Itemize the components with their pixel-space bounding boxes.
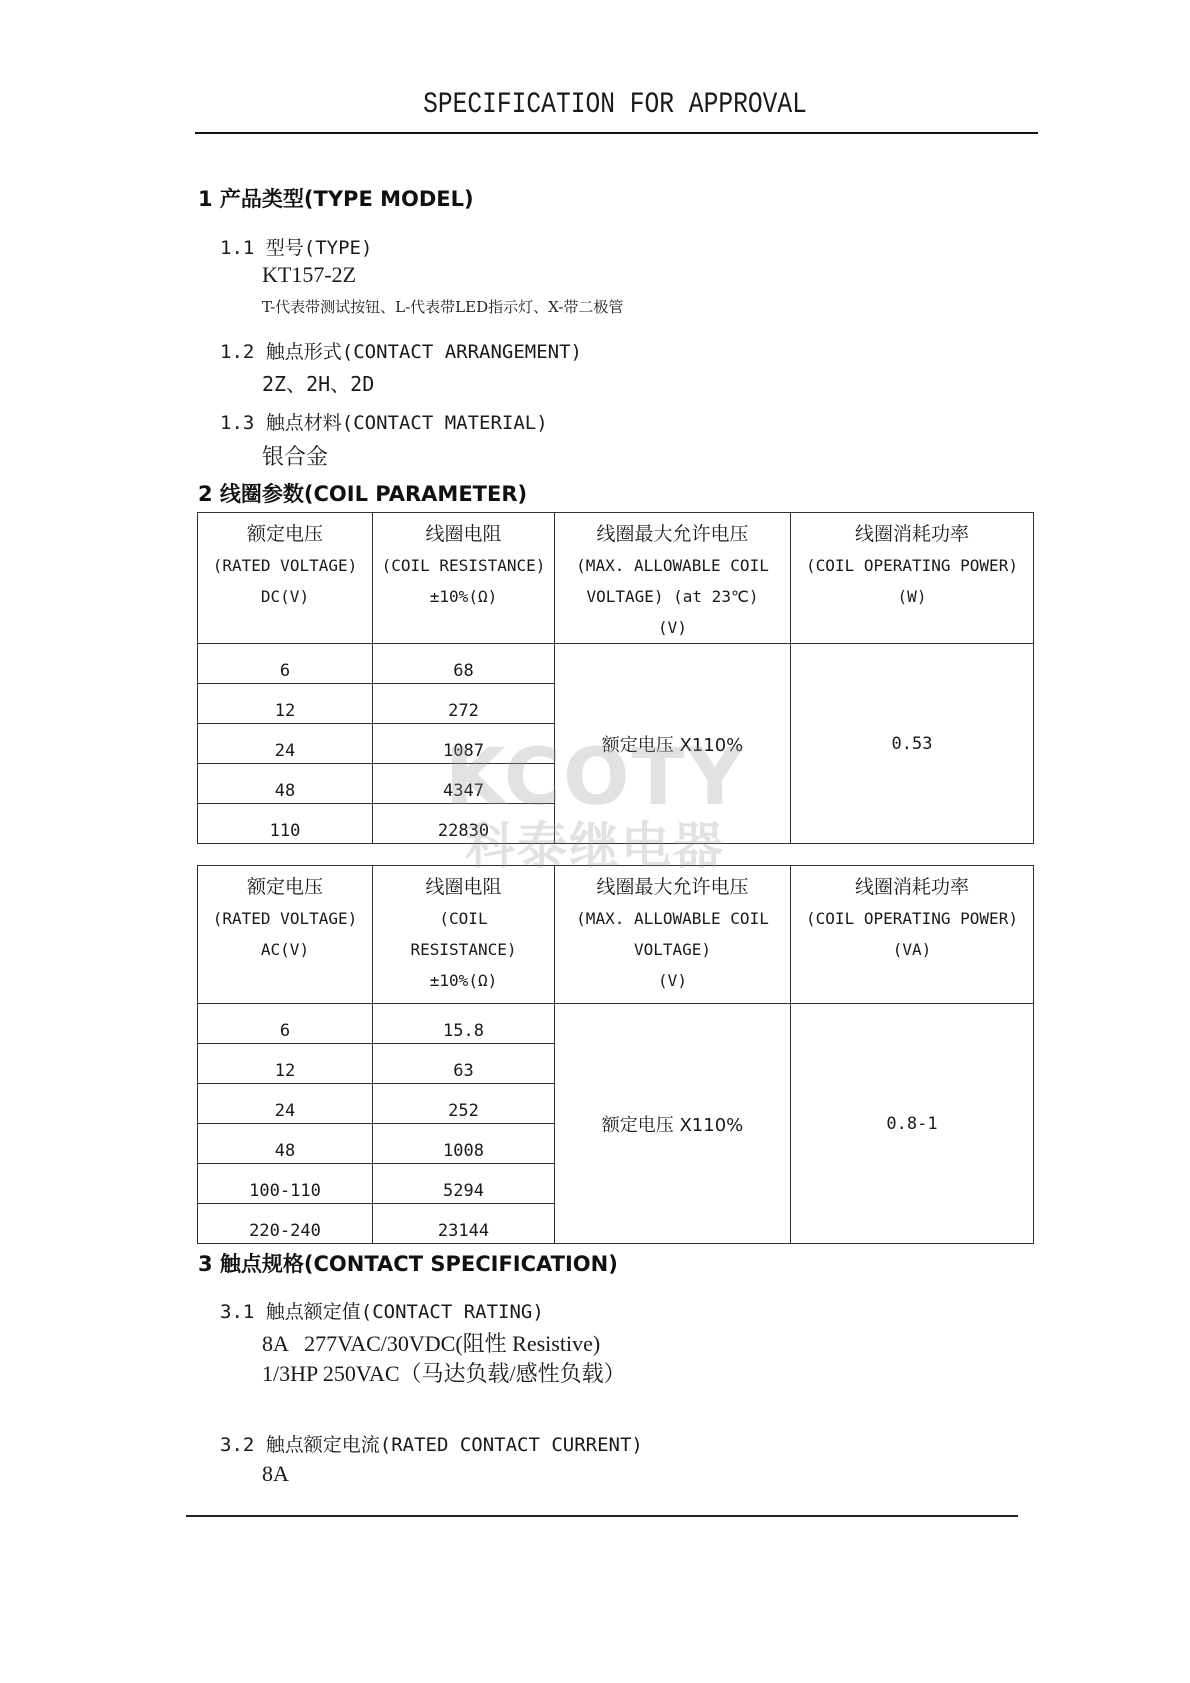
dc-resistance-cell: 22830 (373, 804, 555, 844)
ac-coil-table: 额定电压 (RATED VOLTAGE) AC(V) 线圈电阻 (COIL RE… (197, 865, 1034, 1244)
ac-voltage-cell: 100-110 (198, 1164, 373, 1204)
contact-arrangement-value: 2Z、2H、2D (262, 368, 374, 397)
section-1-3-heading: 1.3 触点材料(CONTACT MATERIAL) (220, 408, 548, 435)
header-rule (195, 132, 1038, 134)
dc-voltage-cell: 24 (198, 724, 373, 764)
ac-header-power: 线圈消耗功率 (COIL OPERATING POWER) (VA) (791, 866, 1034, 1004)
type-model-value: KT157-2Z (262, 262, 356, 288)
dc-voltage-cell: 6 (198, 644, 373, 684)
ac-resistance-cell: 252 (373, 1084, 555, 1124)
section-1-heading: 1 产品类型(TYPE MODEL) (198, 183, 474, 213)
ac-header-row: 额定电压 (RATED VOLTAGE) AC(V) 线圈电阻 (COIL RE… (198, 866, 1034, 1004)
table-row: 6 68 额定电压 X110% 0.53 (198, 644, 1034, 684)
contact-rating-motor: 1/3HP 250VAC（马达负载/感性负载） (262, 1357, 626, 1388)
ac-power-cell: 0.8-1 (791, 1004, 1034, 1244)
dc-header-rated-voltage: 额定电压 (RATED VOLTAGE) DC(V) (198, 513, 373, 644)
page-title: SPECIFICATION FOR APPROVAL (111, 88, 1120, 122)
dc-header-power: 线圈消耗功率 (COIL OPERATING POWER) (W) (791, 513, 1034, 644)
ac-max-voltage-cell: 额定电压 X110% (555, 1004, 791, 1244)
dc-resistance-cell: 68 (373, 644, 555, 684)
section-3-heading: 3 触点规格(CONTACT SPECIFICATION) (198, 1248, 618, 1278)
dc-header-coil-resistance: 线圈电阻 (COIL RESISTANCE) ±10%(Ω) (373, 513, 555, 644)
section-3-1-heading: 3.1 触点额定值(CONTACT RATING) (220, 1297, 544, 1324)
footer-rule (186, 1515, 1018, 1517)
table-row: 6 15.8 额定电压 X110% 0.8-1 (198, 1004, 1034, 1044)
section-1-2-heading: 1.2 触点形式(CONTACT ARRANGEMENT) (220, 337, 582, 364)
dc-header-row: 额定电压 (RATED VOLTAGE) DC(V) 线圈电阻 (COIL RE… (198, 513, 1034, 644)
dc-voltage-cell: 110 (198, 804, 373, 844)
ac-voltage-cell: 48 (198, 1124, 373, 1164)
ac-header-coil-resistance: 线圈电阻 (COIL RESISTANCE) ±10%(Ω) (373, 866, 555, 1004)
ac-header-rated-voltage: 额定电压 (RATED VOLTAGE) AC(V) (198, 866, 373, 1004)
ac-voltage-cell: 6 (198, 1004, 373, 1044)
ac-voltage-cell: 24 (198, 1084, 373, 1124)
contact-rating-resistive: 8A 277VAC/30VDC(阻性 Resistive) (262, 1327, 600, 1358)
rated-contact-current-value: 8A (262, 1461, 289, 1487)
dc-resistance-cell: 1087 (373, 724, 555, 764)
dc-max-voltage-cell: 额定电压 X110% (555, 644, 791, 844)
dc-resistance-cell: 272 (373, 684, 555, 724)
ac-resistance-cell: 5294 (373, 1164, 555, 1204)
dc-header-max-voltage: 线圈最大允许电压 (MAX. ALLOWABLE COIL VOLTAGE) (… (555, 513, 791, 644)
ac-resistance-cell: 1008 (373, 1124, 555, 1164)
ac-resistance-cell: 63 (373, 1044, 555, 1084)
ac-header-max-voltage: 线圈最大允许电压 (MAX. ALLOWABLE COIL VOLTAGE) (… (555, 866, 791, 1004)
dc-coil-table: 额定电压 (RATED VOLTAGE) DC(V) 线圈电阻 (COIL RE… (197, 512, 1034, 844)
section-1-1-heading: 1.1 型号(TYPE) (220, 233, 372, 260)
ac-resistance-cell: 23144 (373, 1204, 555, 1244)
dc-power-cell: 0.53 (791, 644, 1034, 844)
dc-voltage-cell: 12 (198, 684, 373, 724)
ac-voltage-cell: 12 (198, 1044, 373, 1084)
section-3-2-heading: 3.2 触点额定电流(RATED CONTACT CURRENT) (220, 1430, 643, 1457)
contact-material-value: 银合金 (262, 440, 328, 471)
section-2-heading: 2 线圈参数(COIL PARAMETER) (198, 478, 527, 508)
ac-resistance-cell: 15.8 (373, 1004, 555, 1044)
dc-voltage-cell: 48 (198, 764, 373, 804)
dc-resistance-cell: 4347 (373, 764, 555, 804)
ac-voltage-cell: 220-240 (198, 1204, 373, 1244)
type-suffix-note: T-代表带测试按钮、L-代表带LED指示灯、X-带二极管 (262, 296, 623, 317)
